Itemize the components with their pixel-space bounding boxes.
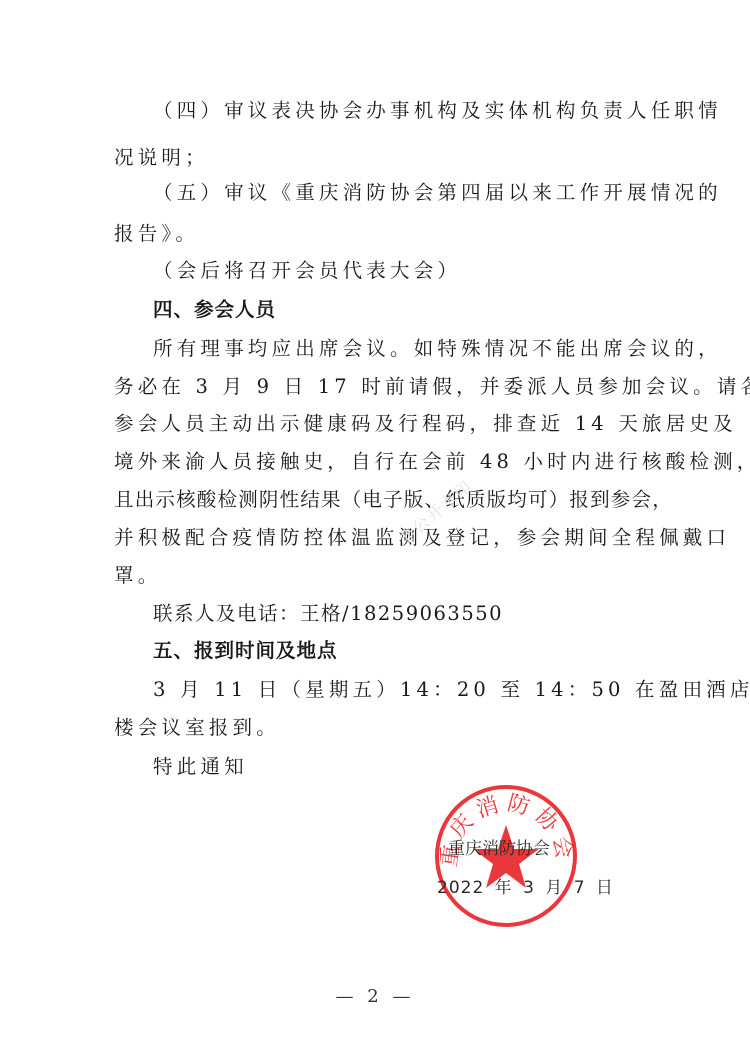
item-4-line-2: 况说明； xyxy=(114,145,634,171)
section-4-heading: 四、参会人员 xyxy=(153,297,673,323)
section-4-para-line-2: 务必在 3 月 9 日 17 时前请假，并委派人员参加会议。请各 xyxy=(114,374,634,400)
section-4-para-line-4: 境外来渝人员接触史，自行在会前 48 小时内进行核酸检测， xyxy=(114,449,634,475)
page-number: — 2 — xyxy=(0,986,750,1007)
section-4-para-line-1: 所有理事均应出席会议。如特殊情况不能出席会议的， xyxy=(153,336,673,362)
signer-organization: 重庆消防协会 xyxy=(448,834,550,859)
meeting-note: （会后将召开会员代表大会） xyxy=(153,258,673,284)
item-4-line-1: （四）审议表决协会办事机构及实体机构负责人任职情 xyxy=(153,98,673,124)
section-5-para-line-1: 3 月 11 日（星期五）14：20 至 14：50 在盈田酒店三 xyxy=(153,677,673,703)
item-5-line-1: （五）审议《重庆消防协会第四届以来工作开展情况的 xyxy=(153,180,673,206)
closing-text: 特此通知 xyxy=(153,754,673,780)
signature-date: 2022 年 3 月 7 日 xyxy=(437,873,614,898)
section-5-para-line-2: 楼会议室报到。 xyxy=(114,715,634,741)
section-4-para-line-3: 参会人员主动出示健康码及行程码，排查近 14 天旅居史及 xyxy=(114,411,634,437)
item-5-line-2: 报告》。 xyxy=(114,221,634,247)
contact-info: 联系人及电话：王格/18259063550 xyxy=(153,601,673,627)
section-4-para-line-5: 且出示核酸检测阴性结果（电子版、纸质版均可）报到参会， xyxy=(114,487,634,513)
document-page: （四）审议表决协会办事机构及实体机构负责人任职情 况说明； （五）审议《重庆消防… xyxy=(0,0,750,1060)
section-4-para-line-6: 并积极配合疫情防控体温监测及登记，参会期间全程佩戴口 xyxy=(114,525,634,551)
section-4-para-line-7: 罩。 xyxy=(114,563,634,589)
section-5-heading: 五、报到时间及地点 xyxy=(153,638,673,664)
